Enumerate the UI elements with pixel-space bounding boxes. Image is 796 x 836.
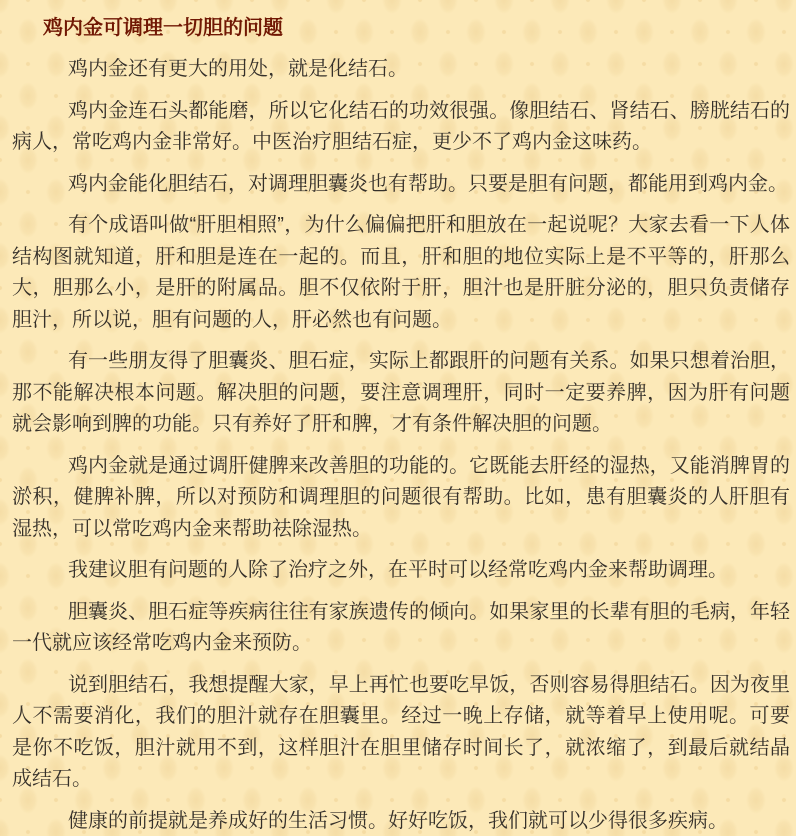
article-title: 鸡内金可调理一切胆的问题	[12, 13, 790, 43]
paragraph: 说到胆结石，我想提醒大家，早上再忙也要吃早饭，否则容易得胆结石。因为夜里人不需要…	[12, 670, 790, 796]
paragraph: 健康的前提就是养成好的生活习惯。好好吃饭，我们就可以少得很多疾病。	[12, 806, 790, 836]
book-page: 鸡内金可调理一切胆的问题 鸡内金还有更大的用处，就是化结石。 鸡内金连石头都能磨…	[0, 0, 796, 836]
paragraph: 有一些朋友得了胆囊炎、胆石症，实际上都跟肝的问题有关系。如果只想着治胆，那不能解…	[12, 346, 790, 441]
paragraph: 有个成语叫做“肝胆相照”，为什么偏偏把肝和胆放在一起说呢？大家去看一下人体结构图…	[12, 210, 790, 336]
paragraph: 鸡内金就是通过调肝健脾来改善胆的功能的。它既能去肝经的湿热，又能消脾胃的淤积，健…	[12, 451, 790, 546]
paragraph: 鸡内金连石头都能磨，所以它化结石的功效很强。像胆结石、肾结石、膀胱结石的病人，常…	[12, 96, 790, 159]
paragraph: 胆囊炎、胆石症等疾病往往有家族遗传的倾向。如果家里的长辈有胆的毛病，年轻一代就应…	[12, 597, 790, 660]
paragraph: 鸡内金能化胆结石，对调理胆囊炎也有帮助。只要是胆有问题，都能用到鸡内金。	[12, 169, 790, 201]
paragraph: 我建议胆有问题的人除了治疗之外，在平时可以经常吃鸡内金来帮助调理。	[12, 555, 790, 587]
paragraph: 鸡内金还有更大的用处，就是化结石。	[12, 54, 790, 86]
